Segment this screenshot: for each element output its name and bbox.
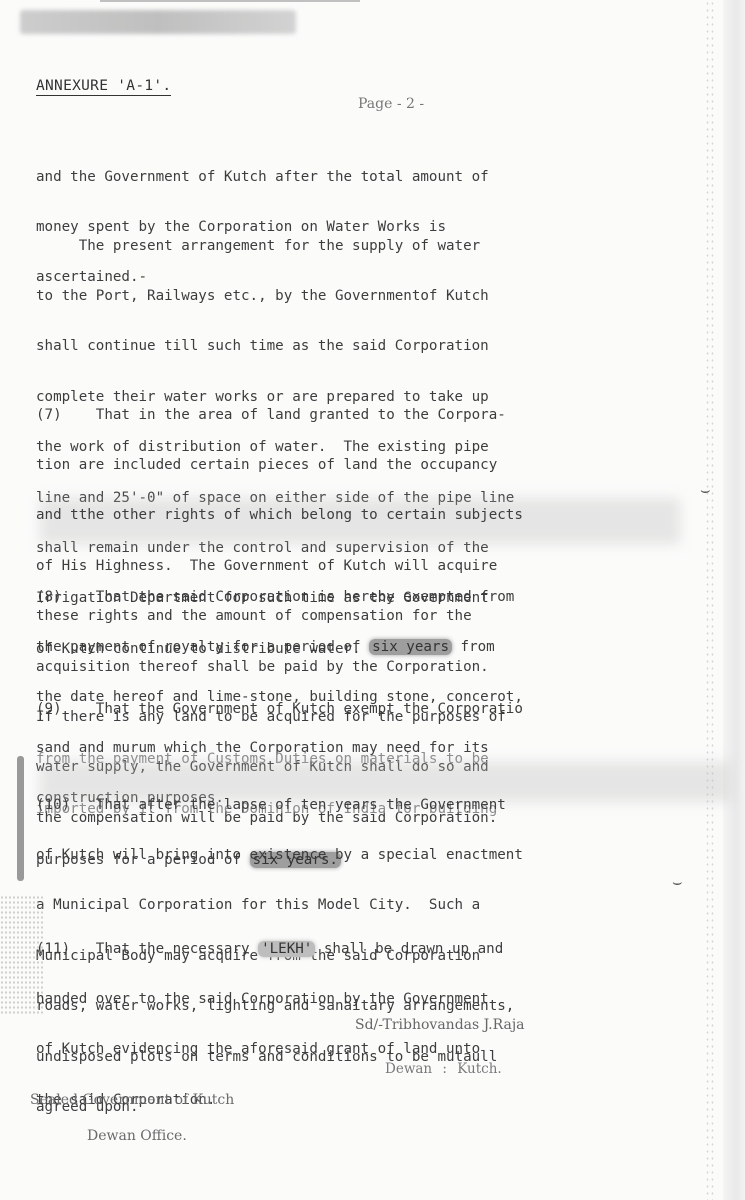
- highlighted-phrase: 'LEKH': [258, 941, 315, 957]
- signature: Sd/-Tribhovandas J.Raja: [355, 1017, 525, 1033]
- text-fragment: shall be drawn up and: [315, 941, 503, 957]
- document-page: ANNEXURE 'A-1'. Page - 2 - and the Gover…: [0, 0, 745, 1200]
- text-line: (10) That after the lapse of ten years t…: [36, 797, 716, 814]
- text-line: and the Government of Kutch after the to…: [36, 169, 716, 186]
- highlighted-phrase: six years: [369, 639, 452, 655]
- text-line: (7) That in the area of land granted to …: [36, 407, 716, 424]
- text-line: of Kutch will bring into existence by a …: [36, 847, 716, 864]
- margin-marker: [17, 756, 24, 881]
- text-line-with-highlight: the payment of royalty for a period of s…: [36, 639, 716, 656]
- text-fragment: from: [452, 639, 495, 655]
- text-line: (8) That the said Corporation is hereby …: [36, 589, 716, 606]
- text-line: and tthe other rights of which belong to…: [36, 507, 716, 524]
- text-line: of Kutch evidencing the aforesaid grant …: [36, 1041, 716, 1058]
- annexure-title: ANNEXURE 'A-1'.: [36, 78, 171, 96]
- check-mark-icon: ⌣: [672, 872, 683, 892]
- text-line: The present arrangement for the supply o…: [36, 238, 716, 255]
- scan-edge-shadow: [723, 0, 745, 1200]
- text-line: to the Port, Railways etc., by the Gover…: [36, 288, 716, 305]
- text-fragment: (11) That the necessary: [36, 941, 258, 957]
- scan-artifact-line: [100, 0, 360, 2]
- designation: Dewan : Kutch.: [385, 1061, 502, 1077]
- seal-line: Sealed Government of Kutch: [30, 1092, 234, 1108]
- text-line: handed over to the said Corporation by t…: [36, 991, 716, 1008]
- seal-office: Dewan Office.: [87, 1128, 187, 1144]
- text-line: (9) That the Government of Kutch exempt …: [36, 701, 716, 718]
- redacted-header-smudge: [20, 10, 296, 34]
- check-mark-icon: ⌣: [700, 480, 711, 500]
- page-number: Page - 2 -: [358, 96, 424, 112]
- text-line: tion are included certain pieces of land…: [36, 457, 716, 474]
- text-line: shall continue till such time as the sai…: [36, 338, 716, 355]
- text-fragment: the payment of royalty for a period of: [36, 639, 369, 655]
- text-line-with-highlight: (11) That the necessary 'LEKH' shall be …: [36, 941, 716, 958]
